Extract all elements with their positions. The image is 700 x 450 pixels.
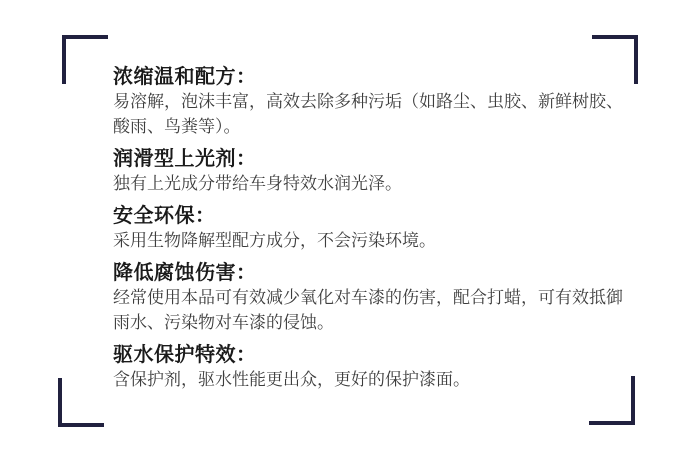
feature-section-anticorrosion: 降低腐蚀伤害： 经常使用本品可有效减少氧化对车漆的伤害，配合打蜡，可有效抵御雨水… <box>113 258 630 336</box>
section-heading: 安全环保： <box>113 201 630 229</box>
section-heading: 浓缩温和配方： <box>113 62 630 90</box>
feature-section-polish: 润滑型上光剂： 独有上光成分带给车身特效水润光泽。 <box>113 144 630 197</box>
product-description-panel: 浓缩温和配方： 易溶解，泡沫丰富，高效去除多种污垢（如路尘、虫胶、新鲜树胶、酸雨… <box>0 0 700 450</box>
section-heading: 降低腐蚀伤害： <box>113 258 630 286</box>
section-body: 独有上光成分带给车身特效水润光泽。 <box>113 172 630 197</box>
feature-section-formula: 浓缩温和配方： 易溶解，泡沫丰富，高效去除多种污垢（如路尘、虫胶、新鲜树胶、酸雨… <box>113 62 630 140</box>
corner-bracket-top-left <box>62 35 108 84</box>
section-body: 易溶解，泡沫丰富，高效去除多种污垢（如路尘、虫胶、新鲜树胶、酸雨、鸟粪等）。 <box>113 90 630 140</box>
feature-section-water-repellent: 驱水保护特效： 含保护剂，驱水性能更出众，更好的保护漆面。 <box>113 340 630 393</box>
section-heading: 润滑型上光剂： <box>113 144 630 172</box>
feature-list: 浓缩温和配方： 易溶解，泡沫丰富，高效去除多种污垢（如路尘、虫胶、新鲜树胶、酸雨… <box>113 62 630 397</box>
section-heading: 驱水保护特效： <box>113 340 630 368</box>
corner-bracket-bottom-left <box>58 378 104 427</box>
section-body: 含保护剂，驱水性能更出众，更好的保护漆面。 <box>113 368 630 393</box>
feature-section-eco: 安全环保： 采用生物降解型配方成分，不会污染环境。 <box>113 201 630 254</box>
section-body: 采用生物降解型配方成分，不会污染环境。 <box>113 229 630 254</box>
section-body: 经常使用本品可有效减少氧化对车漆的伤害，配合打蜡，可有效抵御雨水、污染物对车漆的… <box>113 286 630 336</box>
